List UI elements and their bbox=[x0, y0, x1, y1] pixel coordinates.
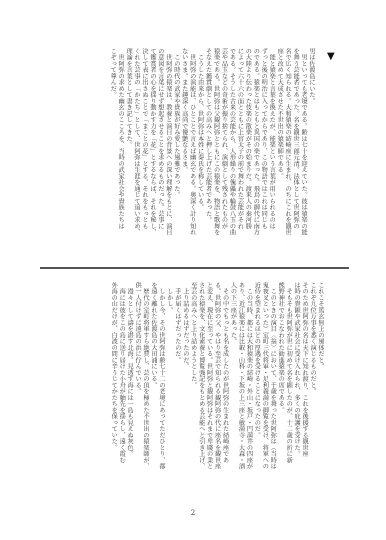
text-column: 漫々として濤を湛す北海。見透す海には一島も見えぬ灰色。 bbox=[125, 282, 133, 488]
text-column: そのため世阿弥の名は天下に知れ渡り、これを後援する観世座 bbox=[300, 282, 308, 488]
text-column: は時の貴顕や武家社会に受け入れられ、多くの庇護を受けた。 bbox=[292, 282, 300, 488]
text-column: を遠く離れた佐渡島の大田浦にいる。 bbox=[149, 282, 157, 488]
page-number: 2 bbox=[0, 509, 386, 517]
text-column: である。そうした古来の芸能から、人形繰りの傀儡や輪鼓八玉の曲 bbox=[228, 48, 236, 254]
triangle-down-icon: ▼ bbox=[327, 52, 335, 62]
text-column: 歴代の室町将軍すら絶賛し、芸の頂を極めた不世出の猿楽師が、 bbox=[141, 282, 149, 488]
text-column: このときの演目〈翁〉において、千歳を舞った世阿弥は（当時は bbox=[268, 282, 276, 488]
text-column: ないさま。また趣深く高尚で優艶なるさま。 bbox=[180, 48, 188, 254]
text-column: 世阿弥の演能は、ひとことで言えば幽玄である。奥深く計り知れ bbox=[188, 48, 196, 254]
top-text-block: 男は佐渡島にいた。 男といっても老境である。齢は七十を迎えていた。彼は猿楽の能 … bbox=[43, 48, 315, 254]
text-column: の大陸より伝わった伎楽の散楽がその始まりだ。渡来人の秦河勝 bbox=[243, 48, 251, 254]
section-divider bbox=[40, 267, 349, 269]
text-column: 供一人付けずに遠島の浜に佇んでいる。 bbox=[133, 282, 141, 488]
text-column: 座と改めて大成させた不世出の猿楽師である。 bbox=[275, 48, 283, 254]
text-column: 理論を言葉として書き記してきた。 bbox=[124, 48, 132, 254]
text-column: 猿楽である。世阿弥は父観阿弥とともにこの猿楽を、物語と歌舞を bbox=[212, 48, 220, 254]
text-column: 海には彼をこの島に送り届けた小舟が舳先を揺らし、遠く霞む bbox=[117, 282, 125, 488]
bottom-text-block: これこそ篤玄無上の風体だと。 これぞ九位万事を悉く演じるものだと。 そのため世阿… bbox=[52, 282, 324, 488]
text-column: された猿楽を、文化素養と博覧強記をもとめる芸能へと引き上げ、 bbox=[197, 282, 205, 488]
text-column: を舞う芸能者であった。名を観世三郎元清。法体として世阿弥の bbox=[291, 48, 299, 254]
text-column: 芸や品玉などの奇術が振り捨てられ、演劇として残されたものが bbox=[220, 48, 228, 254]
text-column: この時代の武家や貴族が好み愛した風雅であった。 bbox=[172, 48, 180, 254]
text-column: 外海の山だけが、白波の間に辛うじてかたちを保っていた。 bbox=[109, 282, 117, 488]
text-column: こうした由来から、世阿弥は本姓に秦氏を称している。 bbox=[196, 48, 204, 254]
text-column: ずっと後の明治に入ってからであり、この物語ではこれは同じも bbox=[259, 48, 267, 254]
text-column: そもそも世阿弥が世に初めて名を顕したのが、十二歳の折に新 bbox=[284, 282, 292, 488]
text-column: この当時、都には大和猿楽の結崎・外山・坂戸・円満井の四座が bbox=[244, 282, 252, 488]
text-column: 世阿弥の猿楽は、教養と演目の背景への深い理解をもとに、演目 bbox=[164, 48, 172, 254]
text-column: これぞ九位万事を悉く演じるものだと。 bbox=[308, 282, 316, 488]
text-column: る。世阿弥の父、やはり至芸で知られる観阿弥の代に座名を観世座 bbox=[213, 282, 221, 488]
text-column: 熊野神社でおこなわれた勧進猿楽の席である。 bbox=[276, 282, 284, 488]
text-column: 上り詰めるはずだったのだ。 bbox=[181, 282, 189, 488]
text-column: そなえた鑑賞劇としての高みへと押し上げた芸能者であった。 bbox=[204, 48, 212, 254]
text-column: と変え、現在に至っている。世阿弥と観阿弥はそれまで卑賤の業と bbox=[205, 282, 213, 488]
text-column: 世阿弥の求めた幽玄のこころを、当時の武家社会や貴族たちは bbox=[116, 48, 124, 254]
text-column: あり、近江猿楽には比叡・山科・下坂の上三座と敏満寺・大森・酒 bbox=[237, 282, 245, 488]
text-column: て鑑賞者の心を揺り動かす力を「花」とするならば、それを秘し、 bbox=[148, 48, 156, 254]
text-column: の意図を言葉にせず想起させることを求めるものだった。芸事に bbox=[156, 48, 164, 254]
text-column: 男は佐渡島にいた。 bbox=[307, 48, 315, 254]
text-column: 男といっても老境である。齢は七十を迎えていた。彼は猿楽の能 bbox=[299, 48, 307, 254]
text-column: しかし。 bbox=[165, 282, 173, 488]
text-column: 決して表に出さぬことで「まことの花」とする。それをもっとも bbox=[140, 48, 148, 254]
text-column: 能と猿楽と言葉を換えたが、能楽という言葉が用いられるのは bbox=[267, 48, 275, 254]
text-column: 手が届くはずだったのだ。 bbox=[173, 282, 181, 488]
text-column: 至芸の高みへと上り詰めようとした。 bbox=[189, 282, 197, 488]
text-column: 鬼夜叉といった）室町三代将軍・足利義満の御覧を受け、将軍への bbox=[260, 282, 268, 488]
text-column: こぞって尊んだ。 bbox=[108, 48, 116, 254]
text-column: その中でもっとも名を成したのが世阿弥の生まれた結崎座であ bbox=[221, 282, 229, 488]
text-column: 近侍を望まれるほどの厚遇を受けることになったのだ。 bbox=[252, 282, 260, 488]
text-column: 人の下三座があった。 bbox=[229, 282, 237, 488]
document-page: ▼ 男は佐渡島にいた。 男といっても老境である。齢は七十を迎えていた。彼は猿楽の… bbox=[0, 0, 386, 540]
text-column: のである。猿楽とはもともと異国の楽であった。飛鳥の御代に南方 bbox=[251, 48, 259, 254]
text-column: しかし今、その世阿弥は齢七十二の老境にあってただひとり、都 bbox=[157, 282, 165, 488]
text-column: くれた芸事の「かたち」として、世阿弥は生涯を通じて追い求め、 bbox=[132, 48, 140, 254]
text-column: によって六十六の面とともに上宮太子の前で舞われた芸能がそれ bbox=[235, 48, 243, 254]
text-column: 名で広く知られる。大和猿楽の結崎座に生まれ、のちにこれを観世 bbox=[283, 48, 291, 254]
text-column: これこそ篤玄無上の風体だと。 bbox=[316, 282, 324, 488]
